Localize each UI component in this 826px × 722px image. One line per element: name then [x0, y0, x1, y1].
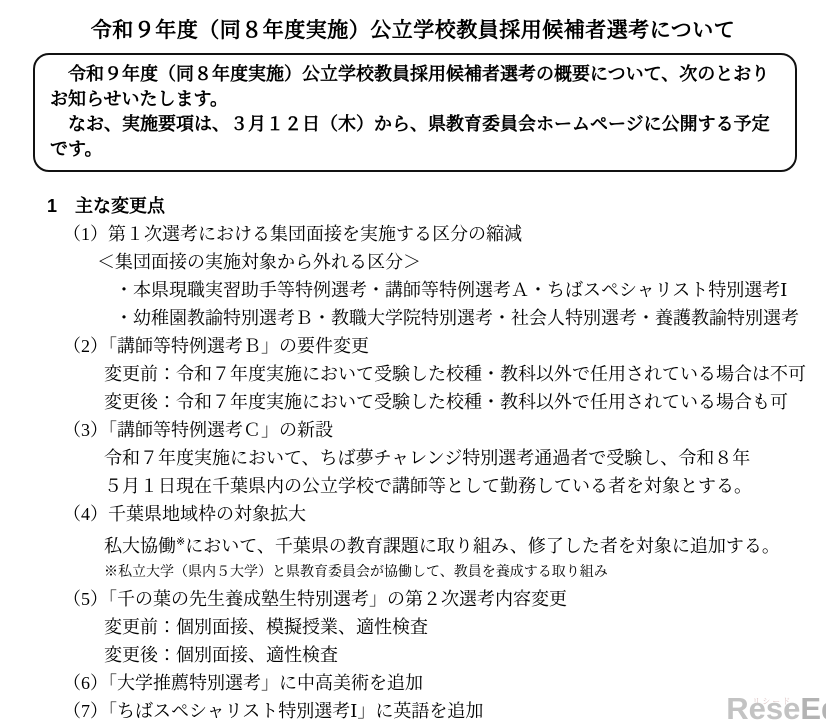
change-item-2: （2）「講師等特例選考Ｂ」の要件変更 — [47, 332, 826, 360]
detail-text: において、千葉県の教育課題に取り組み、修了した者を対象に追加する。 — [185, 536, 780, 556]
change-item-7: （7）「ちばスペシャリスト特別選考Ⅰ」に英語を追加 — [47, 697, 826, 722]
change-detail: 変更前：令和７年度実施において受験した校種・教科以外で任用されている場合は不可 — [47, 360, 826, 388]
change-item-4: （4）千葉県地域枠の対象拡大 — [47, 500, 826, 528]
change-detail: 変更後：個別面接、適性検査 — [47, 641, 826, 669]
notice-paragraph-1: 令和９年度（同８年度実施）公立学校教員採用候補者選考の概要について、次のとおりお… — [50, 62, 780, 112]
change-item-6: （6）「大学推薦特別選考」に中高美術を追加 — [47, 669, 826, 697]
change-bullet: ・本県現職実習助手等特例選考・講師等特例選考Ａ・ちばスペシャリスト特別選考Ⅰ — [47, 276, 826, 304]
change-item-5: （5）「千の葉の先生養成塾生特別選考」の第２次選考内容変更 — [47, 585, 826, 613]
change-item-1: （1）第１次選考における集団面接を実施する区分の縮減 — [47, 220, 826, 248]
footnote: ※私立大学（県内５大学）と県教育委員会が協働して、教員を養成する取り組み — [47, 560, 826, 585]
page-title: 令和９年度（同８年度実施）公立学校教員採用候補者選考について — [0, 0, 826, 44]
reseed-watermark: リシード ReseEd — [726, 693, 826, 722]
changes-section: 1 主な変更点 （1）第１次選考における集団面接を実施する区分の縮減 ＜集団面接… — [47, 192, 826, 722]
change-subheading: ＜集団面接の実施対象から外れる区分＞ — [47, 248, 826, 276]
section-heading: 1 主な変更点 — [47, 192, 826, 220]
change-detail: 変更前：個別面接、模擬授業、適性検査 — [47, 613, 826, 641]
notice-box: 令和９年度（同８年度実施）公立学校教員採用候補者選考の概要について、次のとおりお… — [33, 53, 797, 172]
change-bullet: ・幼稚園教諭特別選考Ｂ・教職大学院特別選考・社会人特別選考・養護教諭特別選考 — [47, 304, 826, 332]
change-item-3: （3）「講師等特例選考Ｃ」の新設 — [47, 416, 826, 444]
notice-paragraph-2: なお、実施要項は、３月１２日（木）から、県教育委員会ホームページに公開する予定で… — [50, 112, 780, 162]
reference-mark: ※ — [176, 536, 185, 548]
watermark-logo-text: Ed — [800, 691, 826, 722]
detail-text: 私大協働 — [104, 536, 176, 556]
change-detail: ５月１日現在千葉県内の公立学校で講師等として勤務している者を対象とする。 — [47, 472, 826, 500]
document-page: 令和９年度（同８年度実施）公立学校教員採用候補者選考について 令和９年度（同８年… — [0, 0, 826, 722]
change-detail: 変更後：令和７年度実施において受験した校種・教科以外で任用されている場合も可 — [47, 388, 826, 416]
watermark-ruby-text: リシード — [752, 686, 792, 717]
change-detail: 私大協働※において、千葉県の教育課題に取り組み、修了した者を対象に追加する。 — [47, 528, 826, 560]
change-detail: 令和７年度実施において、ちば夢チャレンジ特別選考通過者で受験し、令和８年 — [47, 444, 826, 472]
